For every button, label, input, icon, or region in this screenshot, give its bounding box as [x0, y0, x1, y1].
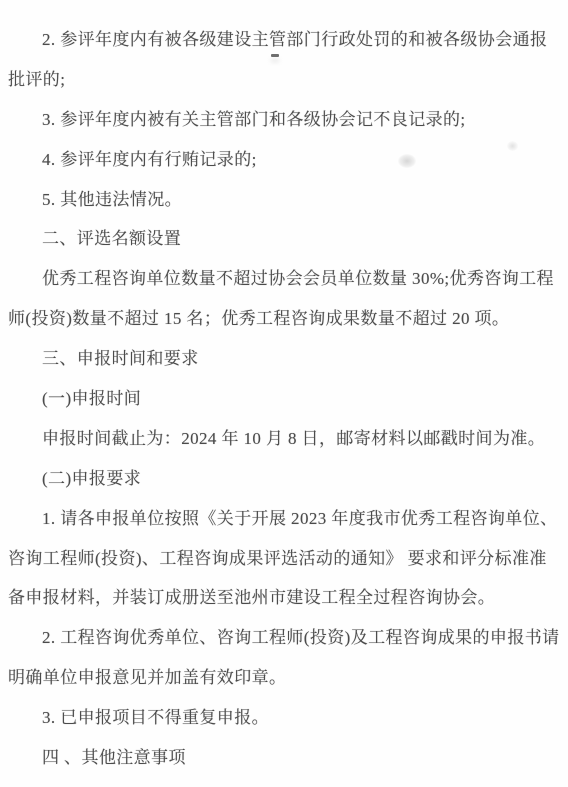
- document-line: 师(投资)数量不超过 15 名；优秀工程咨询成果数量不超过 20 项。: [8, 299, 560, 339]
- document-line: 批评的;: [8, 60, 560, 100]
- document-line: 1. 请各申报单位按照《关于开展 2023 年度我市优秀工程咨询单位、: [8, 499, 560, 539]
- document-text-block: 2. 参评年度内有被各级建设主管部门行政处罚的和被各级协会通报批评的;3. 参评…: [8, 20, 560, 778]
- document-line: (二)申报要求: [8, 459, 560, 499]
- document-line: 申报时间截止为：2024 年 10 月 8 日，邮寄材料以邮戳时间为准。: [8, 419, 560, 459]
- document-line: 优秀工程咨询单位数量不超过协会会员单位数量 30%;优秀咨询工程: [8, 259, 560, 299]
- document-line: 四 、其他注意事项: [8, 738, 560, 778]
- stray-dash-mark: [271, 54, 279, 57]
- document-line: (一)申报时间: [8, 379, 560, 419]
- document-line: 2. 参评年度内有被各级建设主管部门行政处罚的和被各级协会通报: [8, 20, 560, 60]
- document-line: 4. 参评年度内有行贿记录的;: [8, 140, 560, 180]
- document-line: 咨询工程师(投资)、工程咨询成果评选活动的通知》 要求和评分标准准: [8, 539, 560, 579]
- document-line: 明确单位申报意见并加盖有效印章。: [8, 658, 560, 698]
- document-line: 5. 其他违法情况。: [8, 180, 560, 220]
- scan-smudge-mark: [507, 141, 518, 151]
- document-line: 备申报材料，并装订成册送至池州市建设工程全过程咨询协会。: [8, 578, 560, 618]
- document-line: 3. 参评年度内被有关主管部门和各级协会记不良记录的;: [8, 100, 560, 140]
- document-line: 3. 已申报项目不得重复申报。: [8, 698, 560, 738]
- document-line: 2. 工程咨询优秀单位、咨询工程师(投资)及工程咨询成果的申报书请: [8, 618, 560, 658]
- document-line: 二、评选名额设置: [8, 219, 560, 259]
- document-page: 2. 参评年度内有被各级建设主管部门行政处罚的和被各级协会通报批评的;3. 参评…: [0, 0, 568, 787]
- scan-smudge-mark: [398, 154, 416, 168]
- document-line: 三、申报时间和要求: [8, 339, 560, 379]
